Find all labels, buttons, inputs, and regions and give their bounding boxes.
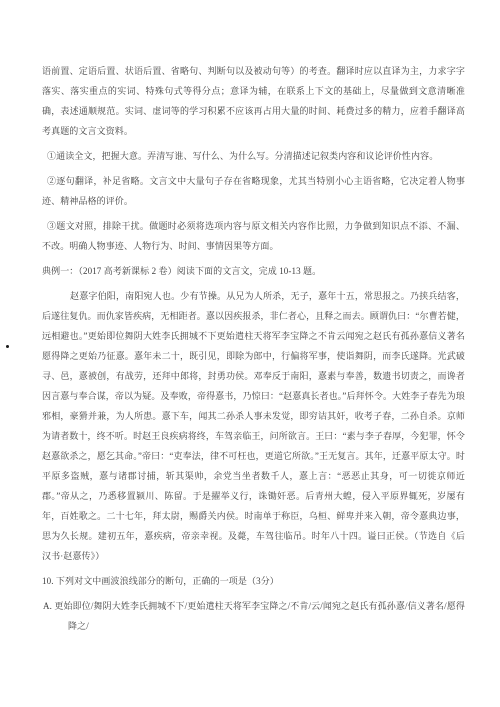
example-one-heading: 典例一：（2017 高考新课标 2 卷）阅读下面的文言文，完成 10-13 题。 <box>42 261 465 281</box>
intro-paragraph-continuation: 语前置、定语后置、状语后置、省略句、判断句以及被动句等）的考查。翻译时应以直译为… <box>42 61 465 141</box>
question-10-option-a: A. 更始即位/舞阴大姓李氏拥城不下/更始遣柱天将军李宝降之/不肯/云/闻宛之赵… <box>42 596 465 636</box>
document-page: 语前置、定语后置、状语后置、省略句、判断句以及被动句等）的考查。翻译时应以直译为… <box>0 0 500 707</box>
reading-step-1: ①通读全文，把握大意。弄清写谁、写什么、为什么写。分清描述记叙类内容和议论评价性… <box>42 146 465 166</box>
reading-step-2: ②逐句翻译，补足省略。文言文中大量句子存在省略现象，尤其当特别小心主语省略，它决… <box>42 171 465 211</box>
classical-chinese-passage: 赵憙字伯阳，南阳宛人也。少有节操。从兄为人所杀，无子，憙年十五，常思报之。乃挟兵… <box>42 286 465 566</box>
reading-step-3: ③题文对照，排除干扰。做题时必须将选项内容与原文相关内容作比照，力争做到知识点不… <box>42 216 465 256</box>
margin-bullet-dot <box>6 345 9 348</box>
question-10-stem: 10. 下列对文中画波浪线部分的断句，正确的一项是（3分） <box>42 571 465 591</box>
